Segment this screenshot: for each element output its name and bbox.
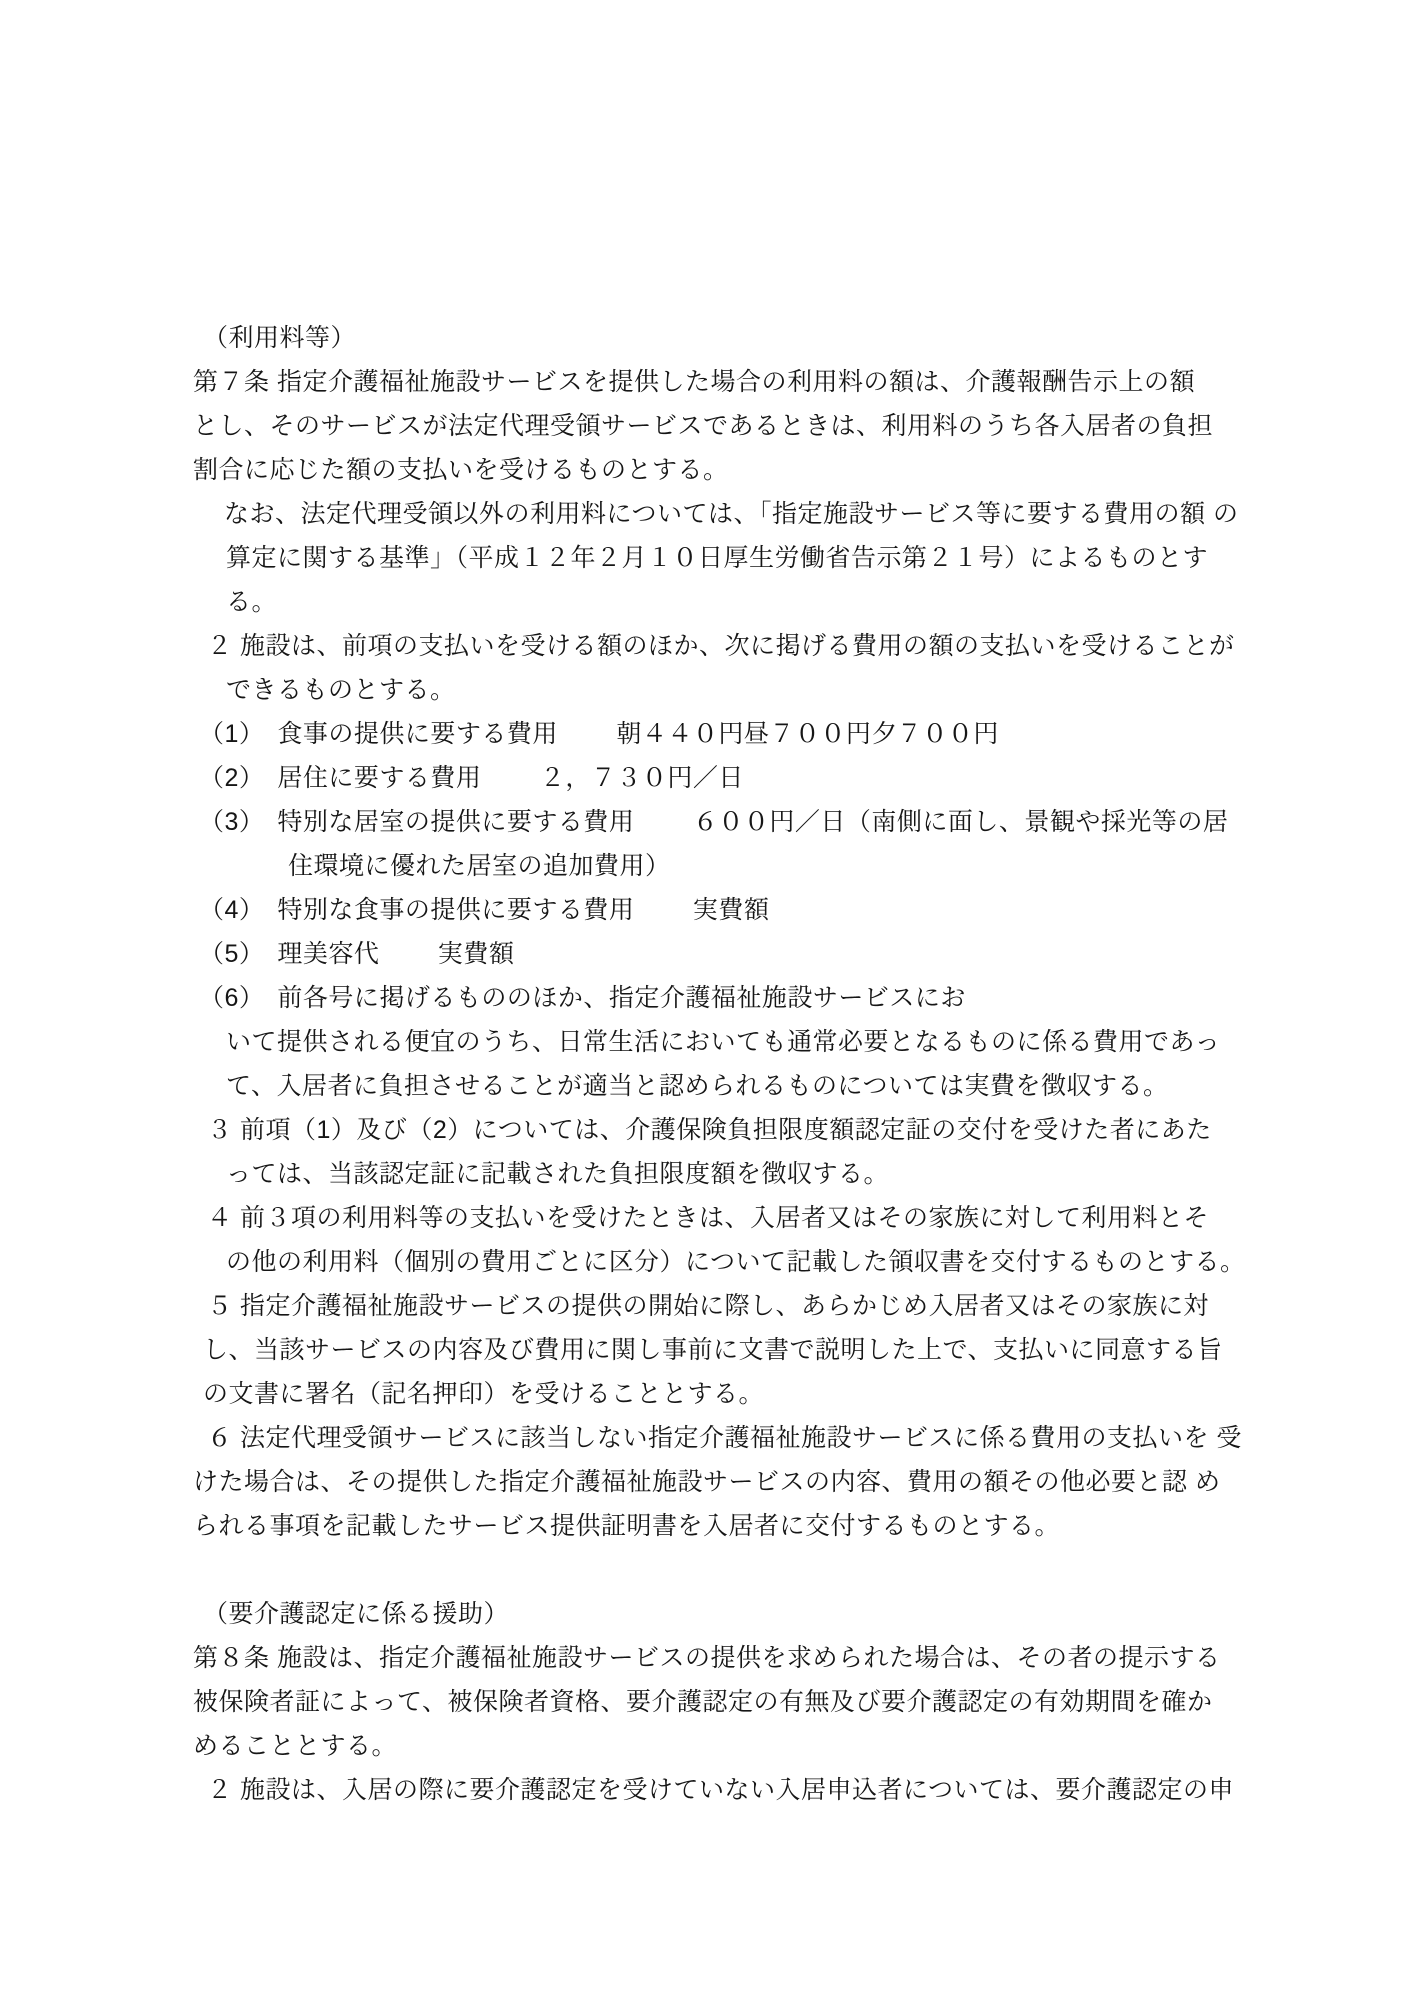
document-line: の文書に署名（記名押印）を受けることとする。 — [193, 1372, 1314, 1416]
document-line: られる事項を記載したサービス提供証明書を入居者に交付するものとする。 — [193, 1504, 1314, 1548]
document-line: 第８条 施設は、指定介護福祉施設サービスの提供を求められた場合は、その者の提示す… — [193, 1636, 1314, 1680]
document-line: し、当該サービスの内容及び費用に関し事前に文書で説明した上で、支払いに同意する旨 — [193, 1328, 1314, 1372]
document-line: なお、法定代理受領以外の利用料については、「指定施設サービス等に要する費用の額 … — [193, 492, 1314, 536]
document-line: けた場合は、その提供した指定介護福祉施設サービスの内容、費用の額その他必要と認 … — [193, 1460, 1314, 1504]
document-line: 割合に応じた額の支払いを受けるものとする。 — [193, 448, 1314, 492]
document-line: （5） 理美容代 実費額 — [193, 932, 1314, 976]
document-line: ６ 法定代理受領サービスに該当しない指定介護福祉施設サービスに係る費用の支払いを… — [193, 1416, 1314, 1460]
document-page: （利用料等）第７条 指定介護福祉施設サービスを提供した場合の利用料の額は、介護報… — [0, 0, 1414, 2000]
document-line: 被保険者証によって、被保険者資格、要介護認定の有無及び要介護認定の有効期間を確か — [193, 1680, 1314, 1724]
document-line: めることとする。 — [193, 1724, 1314, 1768]
blank-line — [193, 1548, 1314, 1592]
document-line: いて提供される便宜のうち、日常生活においても通常必要となるものに係る費用であっ — [193, 1020, 1314, 1064]
document-line: ２ 施設は、入居の際に要介護認定を受けていない入居申込者については、要介護認定の… — [193, 1768, 1314, 1812]
document-line: （1） 食事の提供に要する費用 朝４４０円昼７００円夕７００円 — [193, 712, 1314, 756]
document-line: とし、そのサービスが法定代理受領サービスであるときは、利用料のうち各入居者の負担 — [193, 404, 1314, 448]
document-line: できるものとする。 — [193, 668, 1314, 712]
document-line: て、入居者に負担させることが適当と認められるものについては実費を徴収する。 — [193, 1064, 1314, 1108]
document-line: ３ 前項（1）及び（2）については、介護保険負担限度額認定証の交付を受けた者にあ… — [193, 1108, 1314, 1152]
document-line: の他の利用料（個別の費用ごとに区分）について記載した領収書を交付するものとする。 — [193, 1240, 1314, 1284]
document-line: 算定に関する基準」（平成１２年２月１０日厚生労働省告示第２１号）によるものとす — [193, 536, 1314, 580]
document-line: （4） 特別な食事の提供に要する費用 実費額 — [193, 888, 1314, 932]
document-line: 住環境に優れた居室の追加費用） — [193, 844, 1314, 888]
document-line: ２ 施設は、前項の支払いを受ける額のほか、次に掲げる費用の額の支払いを受けること… — [193, 624, 1314, 668]
document-line: （6） 前各号に掲げるもののほか、指定介護福祉施設サービスにお — [193, 976, 1314, 1020]
document-line: （2） 居住に要する費用 ２，７３０円／日 — [193, 756, 1314, 800]
document-line: ４ 前３項の利用料等の支払いを受けたときは、入居者又はその家族に対して利用料とそ — [193, 1196, 1314, 1240]
document-line: （3） 特別な居室の提供に要する費用 ６００円／日（南側に面し、景観や採光等の居 — [193, 800, 1314, 844]
section-heading: （要介護認定に係る援助） — [193, 1592, 1314, 1636]
document-line: る。 — [193, 580, 1314, 624]
document-text-block: （利用料等）第７条 指定介護福祉施設サービスを提供した場合の利用料の額は、介護報… — [0, 0, 1414, 1812]
document-line: 第７条 指定介護福祉施設サービスを提供した場合の利用料の額は、介護報酬告示上の額 — [193, 360, 1314, 404]
document-line: ５ 指定介護福祉施設サービスの提供の開始に際し、あらかじめ入居者又はその家族に対 — [193, 1284, 1314, 1328]
section-heading: （利用料等） — [193, 316, 1314, 360]
document-line: っては、当該認定証に記載された負担限度額を徴収する。 — [193, 1152, 1314, 1196]
